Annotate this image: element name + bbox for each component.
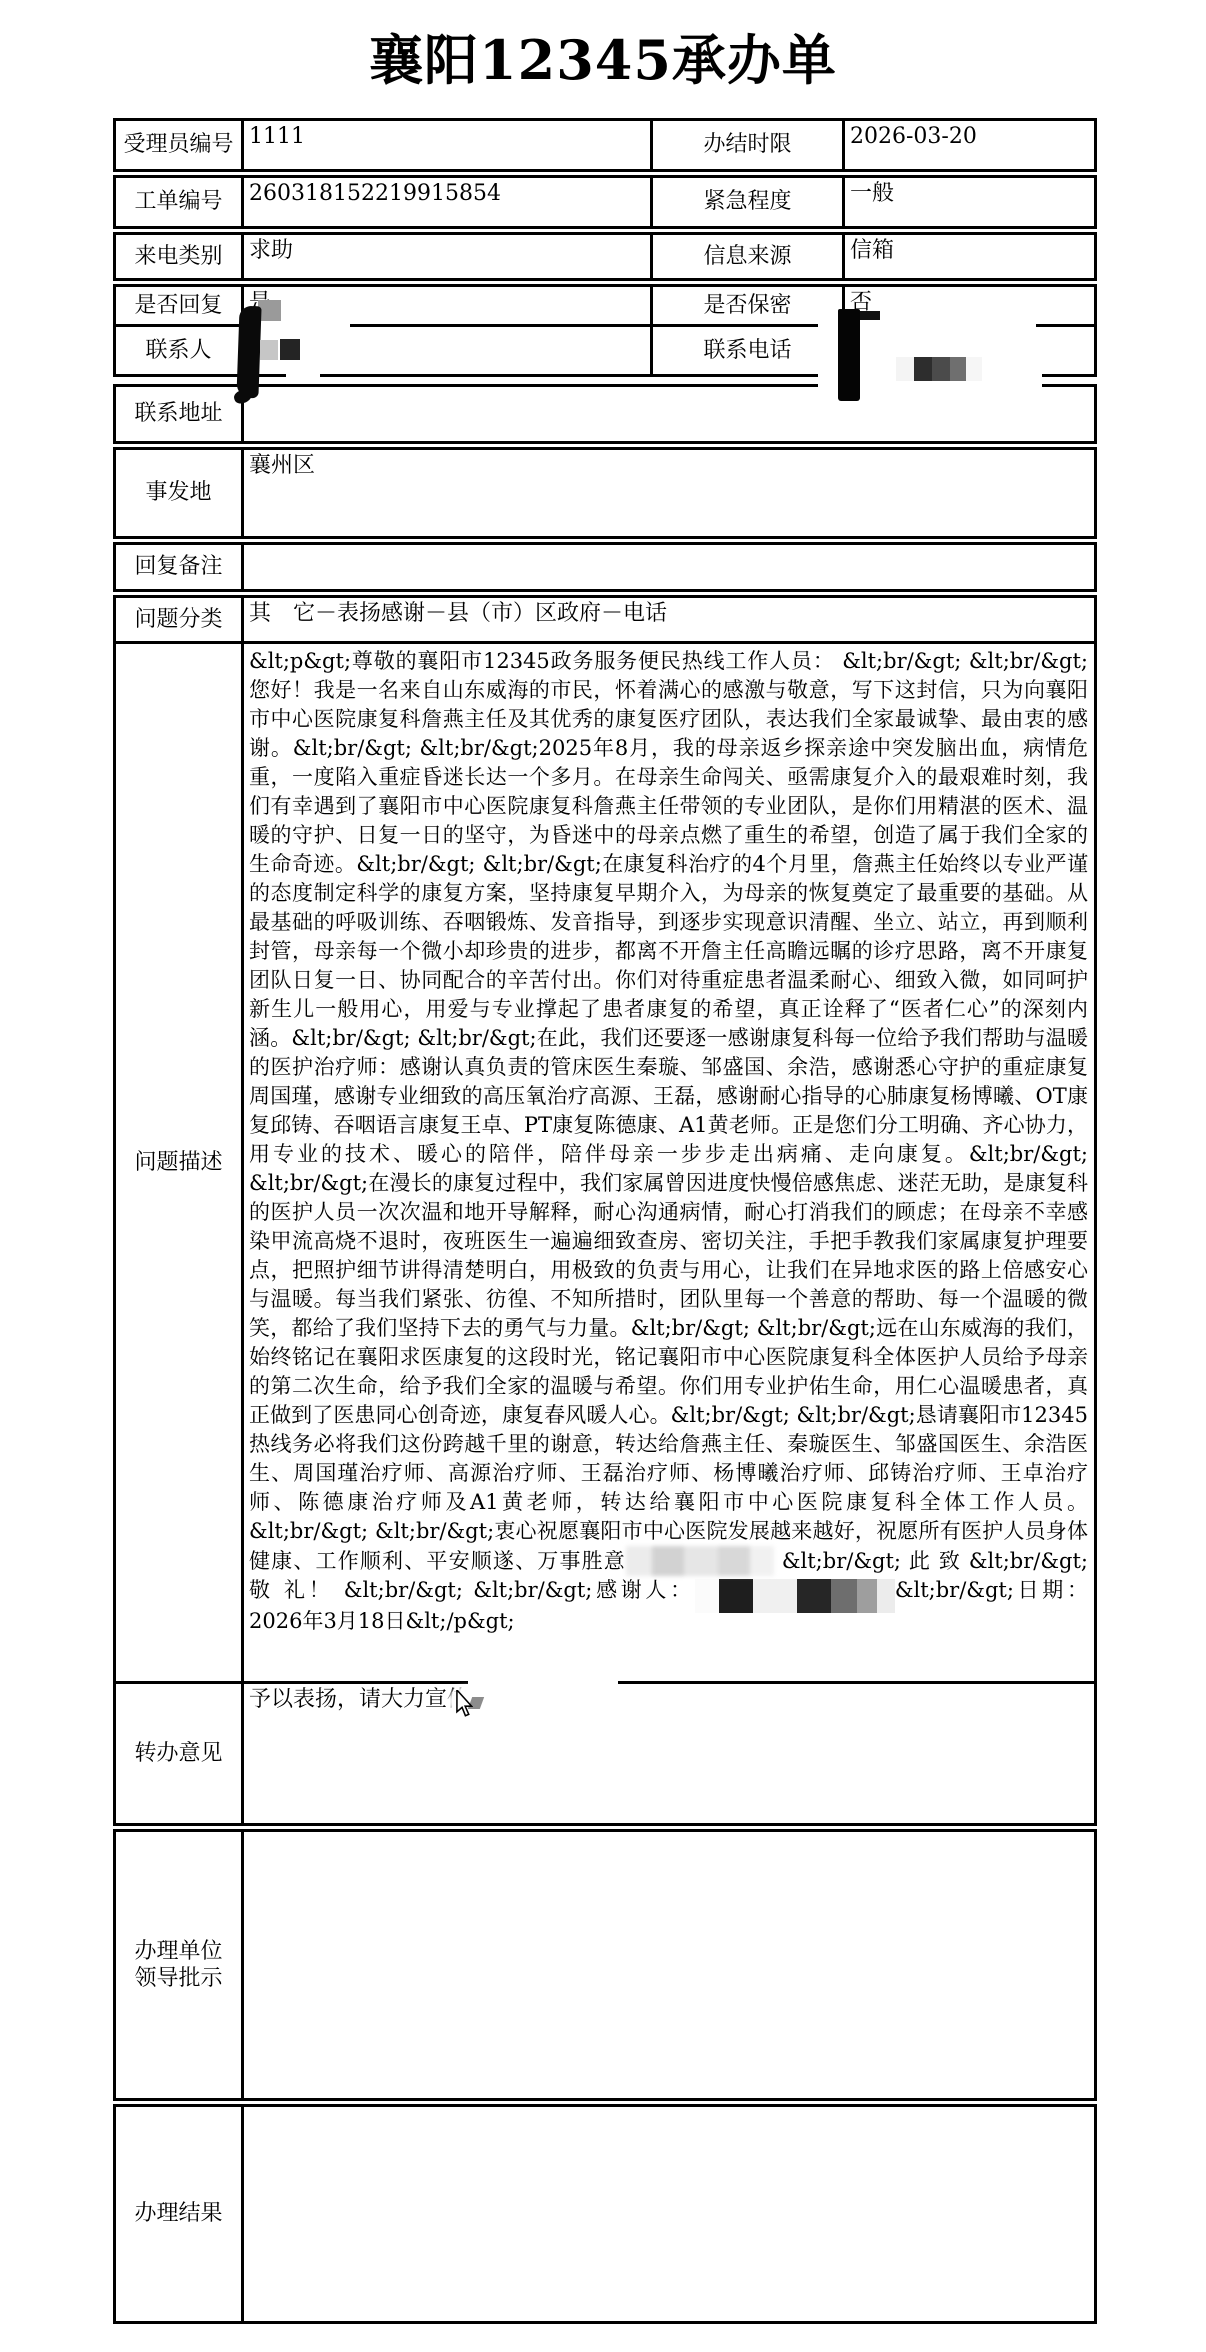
row-incident-place: 事发地 襄州区 — [113, 447, 1097, 539]
value-order-id: 260318152219915854 — [241, 178, 650, 226]
label-reply-needed: 是否回复 — [116, 287, 241, 324]
label-contact-name: 联系人 — [116, 327, 241, 374]
label-reply-note: 回复备注 — [116, 545, 241, 589]
label-deadline: 办结时限 — [650, 121, 842, 169]
value-transfer-opinion: 予以表扬，请大力宣传 — [241, 1684, 1094, 1823]
redaction-black-block — [858, 311, 880, 320]
value-call-type: 求助 — [241, 235, 650, 278]
redaction-marker-stroke — [236, 306, 261, 399]
row-order-id: 工单编号 260318152219915854 紧急程度 一般 — [113, 175, 1097, 229]
redaction-black-block — [280, 339, 300, 360]
row-leader-comments: 办理单位领导批示 — [113, 1829, 1097, 2101]
work-order-page: 襄阳12345承办单 受理员编号 1111 办结时限 2026-03-20 工单… — [0, 0, 1206, 2352]
value-info-source: 信箱 — [842, 235, 1094, 278]
row-problem-category: 问题分类 其 它－表扬感谢－县（市）区政府－电话 — [113, 595, 1097, 644]
value-leader-comments — [241, 1832, 1094, 2098]
label-contact-address: 联系地址 — [116, 387, 241, 441]
label-incident-place: 事发地 — [116, 450, 241, 536]
label-call-type: 来电类别 — [116, 235, 241, 278]
row-problem-description: 问题描述 &lt;p&gt;尊敬的襄阳市12345政务服务便民热线工作人员： &… — [113, 644, 1097, 1684]
row-contact-address: 联系地址 — [113, 384, 1097, 444]
description-text-part1: &lt;p&gt;尊敬的襄阳市12345政务服务便民热线工作人员： &lt;br… — [249, 649, 1088, 1573]
row-transfer-opinion: 转办意见 予以表扬，请大力宣传 — [113, 1684, 1097, 1826]
mouse-cursor-icon — [455, 1690, 473, 1717]
page-title: 襄阳12345承办单 — [0, 18, 1206, 95]
whiteout-patch — [258, 321, 350, 334]
label-leader-comments: 办理单位领导批示 — [116, 1832, 241, 2098]
label-problem-description: 问题描述 — [116, 644, 241, 1681]
redaction-pixelation-mark — [695, 1579, 895, 1613]
value-reply-note — [241, 545, 1094, 589]
row-call-type: 来电类别 求助 信息来源 信箱 — [113, 232, 1097, 281]
leader-comments-label-text: 办理单位领导批示 — [133, 1938, 225, 1993]
label-contact-phone: 联系电话 — [650, 327, 842, 374]
label-acceptor-id: 受理员编号 — [116, 121, 241, 169]
redaction-blur-mark — [626, 1546, 774, 1576]
value-incident-place: 襄州区 — [241, 450, 1094, 536]
value-reply-needed: 是 — [241, 287, 650, 324]
redaction-marker-stroke — [838, 309, 860, 401]
whiteout-patch — [468, 1674, 618, 1686]
value-contact-name — [241, 327, 650, 374]
row-reply-note: 回复备注 — [113, 542, 1097, 592]
label-handling-result: 办理结果 — [116, 2107, 241, 2321]
value-problem-category: 其 它－表扬感谢－县（市）区政府－电话 — [241, 598, 1094, 641]
whiteout-patch — [286, 373, 320, 382]
value-problem-description: &lt;p&gt;尊敬的襄阳市12345政务服务便民热线工作人员： &lt;br… — [241, 644, 1094, 1681]
value-acceptor-id: 1111 — [241, 121, 650, 169]
redaction-gray-block — [260, 340, 278, 360]
value-contact-address — [241, 387, 1094, 441]
label-transfer-opinion: 转办意见 — [116, 1684, 241, 1823]
value-handling-result — [241, 2107, 1094, 2321]
redaction-pixelation-mark — [896, 357, 982, 381]
label-urgency: 紧急程度 — [650, 178, 842, 226]
form-table: 受理员编号 1111 办结时限 2026-03-20 工单编号 26031815… — [113, 118, 1097, 2324]
label-order-id: 工单编号 — [116, 178, 241, 226]
row-handling-result: 办理结果 — [113, 2104, 1097, 2324]
value-deadline: 2026-03-20 — [842, 121, 1094, 169]
label-problem-category: 问题分类 — [116, 598, 241, 641]
row-acceptor-id: 受理员编号 1111 办结时限 2026-03-20 — [113, 118, 1097, 172]
label-confidential: 是否保密 — [650, 287, 842, 324]
value-urgency: 一般 — [842, 178, 1094, 226]
label-info-source: 信息来源 — [650, 235, 842, 278]
